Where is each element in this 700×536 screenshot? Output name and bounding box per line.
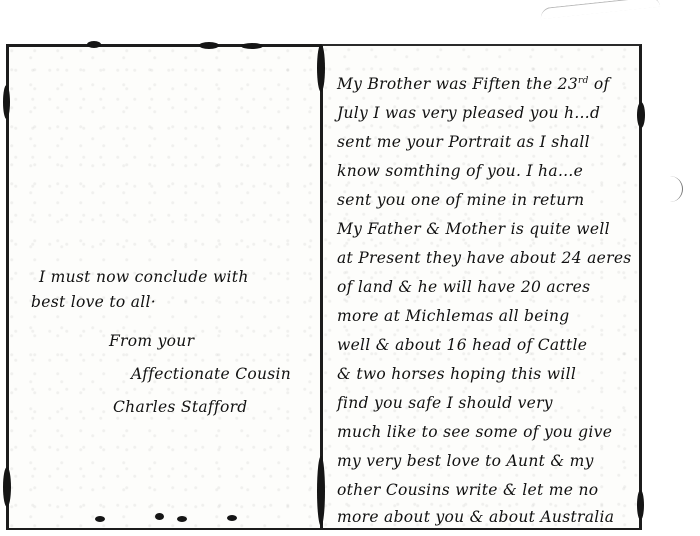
ordinal-suffix: rd — [578, 76, 589, 86]
letter-line-16: more about you & about Australia — [337, 508, 614, 526]
ink-blot — [155, 513, 164, 520]
letter-line-14: my very best love to Aunt & my — [337, 452, 594, 470]
ink-blot — [637, 102, 645, 128]
letter-line-15: other Cousins write & let me no — [337, 481, 598, 499]
ink-blot — [241, 43, 263, 49]
closing-line-2: best love to all· — [31, 293, 156, 311]
letter-page-left: I must now conclude with best love to al… — [6, 44, 320, 530]
letter-line-4: know somthing of you. I ha…e — [337, 162, 583, 180]
ink-blot — [3, 85, 10, 119]
stray-pencil-mark — [664, 176, 683, 202]
signoff-affectionate-cousin: Affectionate Cousin — [131, 365, 291, 383]
ink-blot — [95, 516, 105, 522]
letter-line-1-tail: of — [589, 75, 610, 93]
closing-line-1: I must now conclude with — [39, 268, 249, 286]
ink-blot — [199, 42, 219, 49]
ink-blot — [317, 44, 325, 92]
letter-line-3: sent me your Portrait as I shall — [337, 133, 590, 151]
letter-page-right: My Brother was Fiften the 23rd of July I… — [320, 44, 642, 530]
ink-blot — [227, 515, 237, 521]
letter-line-10: well & about 16 head of Cattle — [337, 336, 587, 354]
letter-line-1-text: My Brother was Fiften the 23 — [337, 75, 578, 93]
letter-line-12: find you safe I should very — [337, 394, 553, 412]
letter-line-1: My Brother was Fiften the 23rd of — [337, 75, 610, 93]
stray-pencil-mark — [540, 0, 660, 19]
scanned-letter: I must now conclude with best love to al… — [0, 0, 700, 536]
signoff-from-your: From your — [109, 332, 194, 350]
signature: Charles Stafford — [113, 398, 248, 416]
letter-line-13: much like to see some of you give — [337, 423, 612, 441]
ink-blot — [637, 490, 644, 520]
letter-line-11: & two horses hoping this will — [337, 365, 576, 383]
ink-blot — [317, 456, 325, 526]
letter-line-2: July I was very pleased you h…d — [337, 104, 600, 122]
letter-line-6: My Father & Mother is quite well — [337, 220, 610, 238]
letter-line-8: of land & he will have 20 acres — [337, 278, 590, 296]
letter-line-9: more at Michlemas all being — [337, 307, 570, 325]
ink-blot — [87, 41, 101, 48]
ink-blot — [3, 467, 11, 507]
letter-line-5: sent you one of mine in return — [337, 191, 584, 209]
ink-blot — [177, 516, 187, 522]
letter-line-7: at Present they have about 24 aeres — [337, 249, 632, 267]
